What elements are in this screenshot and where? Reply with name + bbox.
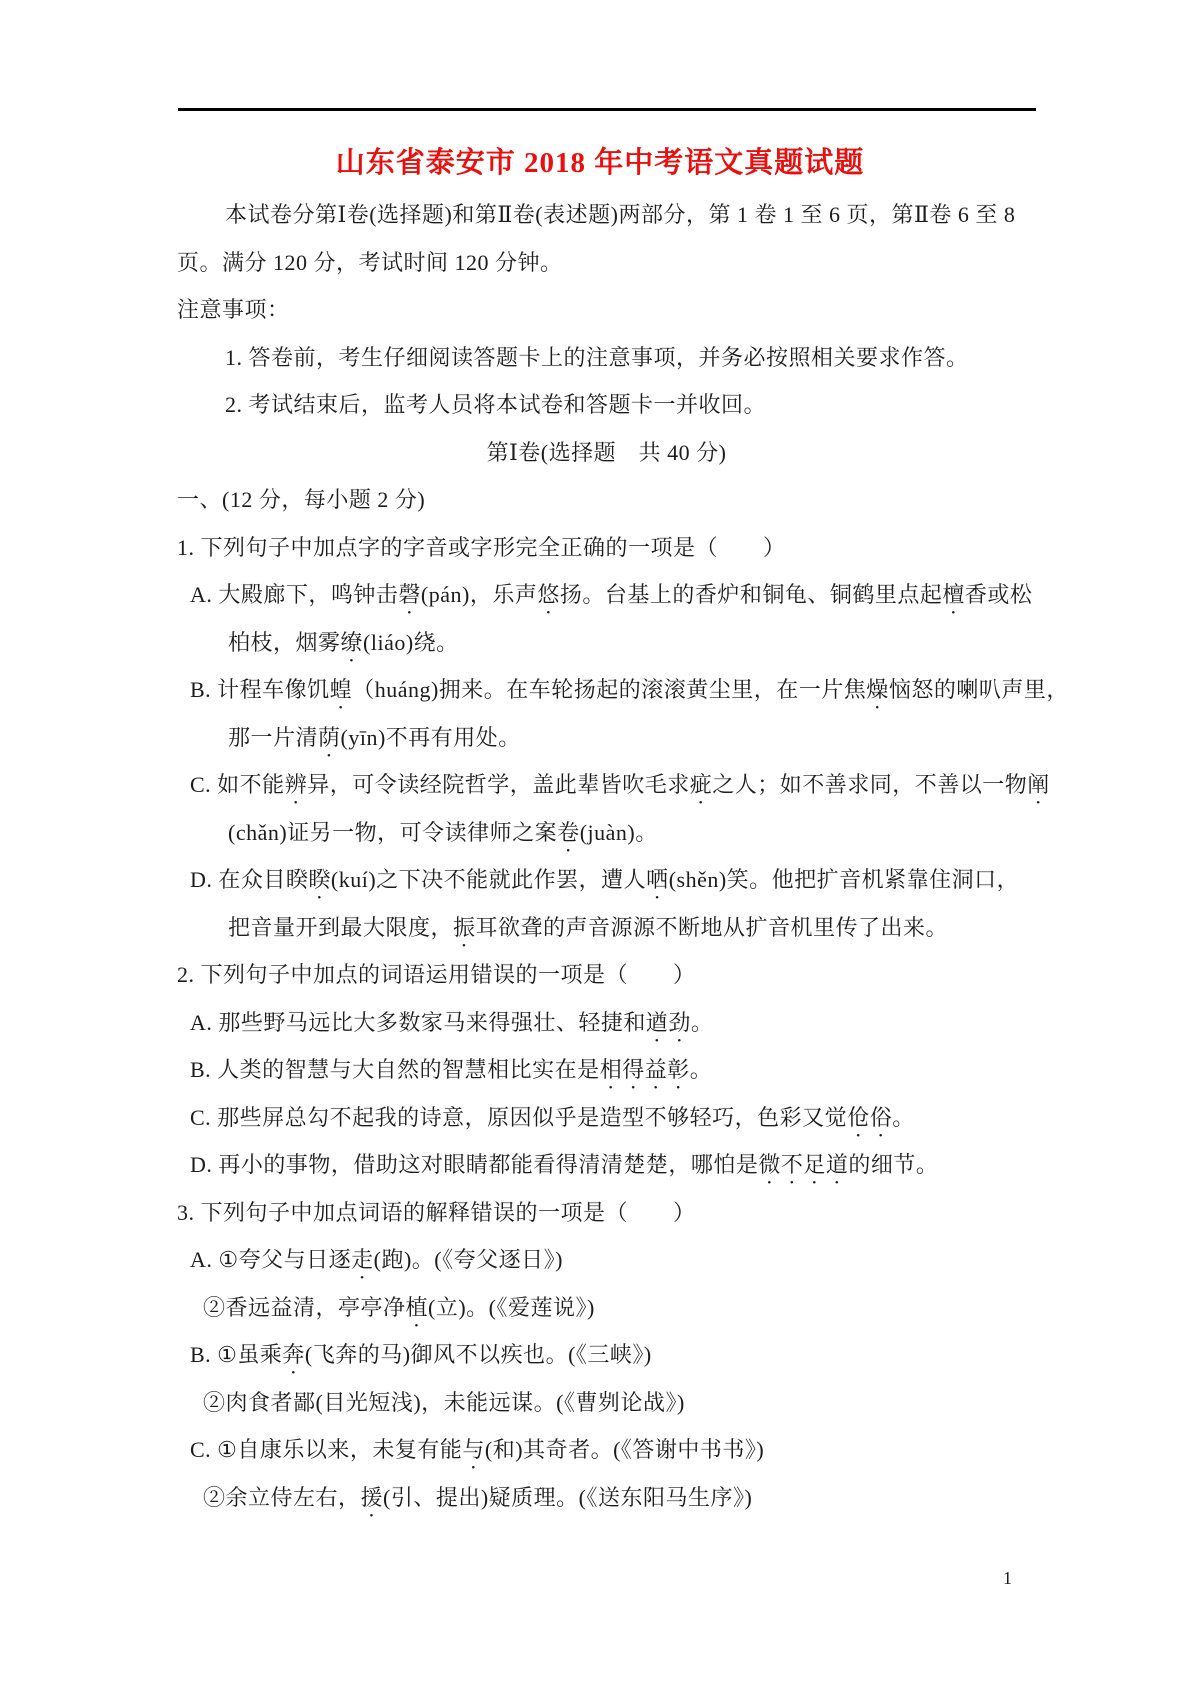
text-segment: B. 人类的智慧与大自然的智慧相比实在是	[190, 1057, 600, 1082]
text-segment: A. 那些野马远比大多数家马来得强壮、轻捷和	[190, 1010, 646, 1035]
text-line: C. 如不能辨异，可令读经院哲学，盖此辈皆吹毛求疵之人；如不善求同，不善以一物阐	[177, 761, 1036, 809]
text-segment: (juàn)。	[580, 820, 658, 845]
text-segment: B. 计程车像饥	[190, 677, 330, 702]
text-line: B. 计程车像饥蝗（huáng)拥来。在车轮扬起的滚滚黄尘里，在一片焦燥恼怒的喇…	[177, 666, 1036, 714]
emphasized-text: 疵	[690, 772, 713, 797]
text-line: A. ①夸父与日逐走(跑)。(《夸父逐日》)	[177, 1236, 1036, 1284]
text-segment: A. 大殿廊下，鸣钟击	[190, 582, 398, 607]
page-number: 1	[1003, 1568, 1012, 1589]
text-line: 注意事项：	[177, 286, 1036, 334]
text-line: A. 那些野马远比大多数家马来得强壮、轻捷和遒劲。	[177, 999, 1036, 1047]
text-line: D. 在众目睽睽(kuí)之下决不能就此作罢，遭人哂(shěn)笑。他把扩音机紧…	[177, 856, 1036, 904]
text-line: D. 再小的事物，借助这对眼睛都能看得清清楚楚，哪怕是微不足道的细节。	[177, 1141, 1036, 1189]
text-segment: 把音量开到最大限度，	[228, 915, 453, 940]
text-segment: C. 那些屏总勾不起我的诗意，原因似乎是造型不够轻巧，色彩又觉	[190, 1105, 847, 1130]
text-segment: (飞奔的马)御风不以疾也。(《三峡》)	[305, 1342, 652, 1367]
text-segment: ②肉食者鄙(目光短浅)，未能远谋。(《曹刿论战》)	[203, 1390, 685, 1415]
text-line: B. ①虽乘奔(飞奔的马)御风不以疾也。(《三峡》)	[177, 1331, 1036, 1379]
document-title: 山东省泰安市 2018 年中考语文真题试题	[0, 140, 1200, 181]
text-segment: 的细节。	[848, 1152, 938, 1177]
emphasized-text: 阐	[1027, 772, 1050, 797]
text-line: 1. 下列句子中加点字的字音或字形完全正确的一项是（ ）	[177, 524, 1036, 572]
text-line: (chǎn)证另一物，可令读律师之案卷(juàn)。	[177, 809, 1036, 857]
document-page: 山东省泰安市 2018 年中考语文真题试题 本试卷分第Ⅰ卷(选择题)和第Ⅱ卷(表…	[0, 0, 1200, 1698]
emphasized-text: 与	[462, 1437, 485, 1462]
text-line: 柏枝，烟雾缭(liáo)绕。	[177, 619, 1036, 667]
text-segment: B. ①虽乘	[190, 1342, 282, 1367]
text-segment: C. 如不能	[190, 772, 285, 797]
text-line: 把音量开到最大限度，振耳欲聋的声音源源不断地从扩音机里传了出来。	[177, 904, 1036, 952]
text-line: 1. 答卷前，考生仔细阅读答题卡上的注意事项，并务必按照相关要求作答。	[177, 334, 1036, 382]
text-line: ②肉食者鄙(目光短浅)，未能远谋。(《曹刿论战》)	[177, 1379, 1036, 1427]
text-segment: 柏枝，烟雾	[228, 630, 341, 655]
text-line: 2. 考试结束后，监考人员将本试卷和答题卡一并收回。	[177, 381, 1036, 429]
text-segment: (liáo)绕。	[363, 630, 459, 655]
text-segment: ②余立侍左右，	[203, 1485, 361, 1510]
text-line: C. ①自康乐以来，未复有能与(和)其奇者。(《答谢中书书》)	[177, 1426, 1036, 1474]
emphasized-text: 微不足道	[758, 1152, 848, 1177]
text-segment: D. 再小的事物，借助这对眼睛都能看得清清楚楚，哪怕是	[190, 1152, 758, 1177]
text-segment: 第Ⅰ卷(选择题 共 40 分)	[487, 440, 727, 465]
emphasized-text: 振	[453, 915, 476, 940]
text-segment: (跑)。(《夸父逐日》)	[374, 1247, 563, 1272]
text-segment: C. ①自康乐以来，未复有能	[190, 1437, 462, 1462]
text-segment: 扬。台基上的香炉和铜龟、铜鹤里点起	[560, 582, 943, 607]
emphasized-text: 燥	[866, 677, 889, 702]
text-segment: 注意事项：	[177, 297, 290, 322]
text-line: 2. 下列句子中加点的词语运用错误的一项是（ ）	[177, 951, 1036, 999]
text-segment: 那一片清	[228, 725, 318, 750]
header-rule	[178, 108, 1036, 111]
text-segment: (立)。(《爱莲说》)	[428, 1295, 595, 1320]
emphasized-text: 奔	[282, 1342, 305, 1367]
text-line: 3. 下列句子中加点词语的解释错误的一项是（ ）	[177, 1189, 1036, 1237]
text-segment: 耳欲聋的声音源源不断地从扩音机里传了出来。	[476, 915, 949, 940]
text-segment: 恼怒的喇叭声里，	[889, 677, 1069, 702]
emphasized-text: 遒劲	[646, 1010, 691, 1035]
text-segment: (引、提出)疑质理。(《送东阳马生序》)	[383, 1485, 752, 1510]
emphasized-text: 磬	[398, 582, 421, 607]
document-body: 本试卷分第Ⅰ卷(选择题)和第Ⅱ卷(表述题)两部分，第 1 卷 1 至 6 页，第…	[177, 191, 1036, 1521]
text-segment: D. 在众目睽	[190, 867, 308, 892]
text-segment: 1. 答卷前，考生仔细阅读答题卡上的注意事项，并务必按照相关要求作答。	[225, 345, 969, 370]
emphasized-text: 辨	[285, 772, 308, 797]
text-segment: 2. 考试结束后，监考人员将本试卷和答题卡一并收回。	[225, 392, 766, 417]
emphasized-text: 援	[361, 1485, 384, 1510]
emphasized-text: 悠	[537, 582, 560, 607]
emphasized-text: 睽	[308, 867, 331, 892]
text-line: ②余立侍左右，援(引、提出)疑质理。(《送东阳马生序》)	[177, 1474, 1036, 1522]
text-segment: 2. 下列句子中加点的词语运用错误的一项是（ ）	[177, 962, 696, 987]
text-segment: 香或松	[965, 582, 1033, 607]
emphasized-text: 卷	[557, 820, 580, 845]
text-segment: (shěn)笑。他把扩音机紧靠住洞口，	[669, 867, 1019, 892]
text-segment: 之人；如不善求同，不善以一物	[712, 772, 1027, 797]
text-segment: (chǎn)证另一物，可令读律师之案	[228, 820, 557, 845]
text-line: 一、(12 分，每小题 2 分)	[177, 476, 1036, 524]
text-segment: (kuí)之下决不能就此作罢，遭人	[331, 867, 646, 892]
text-line: 第Ⅰ卷(选择题 共 40 分)	[177, 429, 1036, 477]
text-line: 本试卷分第Ⅰ卷(选择题)和第Ⅱ卷(表述题)两部分，第 1 卷 1 至 6 页，第…	[177, 191, 1036, 239]
text-line: A. 大殿廊下，鸣钟击磬(pán)，乐声悠扬。台基上的香炉和铜龟、铜鹤里点起檀香…	[177, 571, 1036, 619]
text-segment: 异，可令读经院哲学，盖此辈皆吹毛求	[307, 772, 690, 797]
text-segment: 。	[691, 1010, 714, 1035]
text-segment: 。	[690, 1057, 713, 1082]
emphasized-text: 哂	[646, 867, 669, 892]
emphasized-text: 缭	[341, 630, 364, 655]
text-segment: (yīn)不再有用处。	[341, 725, 521, 750]
text-segment: 页。满分 120 分，考试时间 120 分钟。	[177, 250, 563, 275]
text-segment: (和)其奇者。(《答谢中书书》)	[485, 1437, 764, 1462]
emphasized-text: 蝗	[330, 677, 353, 702]
text-segment: ②香远益清，亭亭净	[203, 1295, 406, 1320]
text-segment: 一、(12 分，每小题 2 分)	[177, 487, 425, 512]
emphasized-text: 荫	[318, 725, 341, 750]
text-line: B. 人类的智慧与大自然的智慧相比实在是相得益彰。	[177, 1046, 1036, 1094]
text-line: 那一片清荫(yīn)不再有用处。	[177, 714, 1036, 762]
emphasized-text: 相得益彰	[600, 1057, 690, 1082]
text-line: C. 那些屏总勾不起我的诗意，原因似乎是造型不够轻巧，色彩又觉伧俗。	[177, 1094, 1036, 1142]
emphasized-text: 伧俗	[847, 1105, 892, 1130]
text-line: ②香远益清，亭亭净植(立)。(《爱莲说》)	[177, 1284, 1036, 1332]
text-segment: A. ①夸父与日逐	[190, 1247, 351, 1272]
text-segment: 3. 下列句子中加点词语的解释错误的一项是（ ）	[177, 1200, 696, 1225]
emphasized-text: 檀	[942, 582, 965, 607]
text-segment: (pán)，乐声	[421, 582, 537, 607]
emphasized-text: 植	[406, 1295, 429, 1320]
text-segment: 1. 下列句子中加点字的字音或字形完全正确的一项是（ ）	[177, 535, 786, 560]
text-segment: 。	[892, 1105, 915, 1130]
emphasized-text: 走	[351, 1247, 374, 1272]
text-line: 页。满分 120 分，考试时间 120 分钟。	[177, 239, 1036, 287]
text-segment: （huáng)拥来。在车轮扬起的滚滚黄尘里，在一片焦	[352, 677, 866, 702]
text-segment: 本试卷分第Ⅰ卷(选择题)和第Ⅱ卷(表述题)两部分，第 1 卷 1 至 6 页，第…	[225, 202, 1015, 227]
